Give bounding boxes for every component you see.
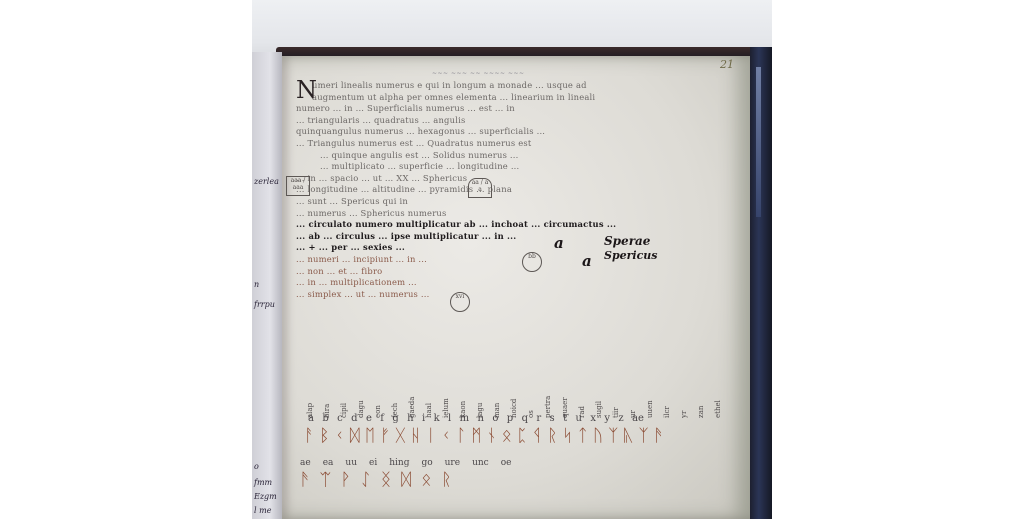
rune-glyph: ᛈ — [517, 426, 527, 446]
latin-letter: q — [522, 413, 528, 424]
text-line: ... numeri ... incipiunt ... in ... — [296, 254, 726, 266]
rune-name: ilcr — [663, 378, 671, 418]
rune-row-primary: ᚨ ᛒ ᚲ ᛞ ᛖ ᚠ ᚷ ᚺ ᛁ ᚲ ᛚ ᛗ ᚾ ᛟ ᛈ ᛩ ᚱ ᛋ ᛏ ᚢ … — [304, 426, 664, 446]
latin-letter: b — [322, 413, 328, 424]
rune-name: eon — [374, 378, 382, 418]
rune-name: zan — [697, 378, 705, 418]
text-line: ... + ... per ... sexies ... — [296, 242, 726, 254]
rune-name: pertra — [544, 378, 552, 418]
rune-name-headers: alap bira cipil dagu eon fech gaeda haal… — [306, 378, 722, 418]
digraph: uu — [345, 458, 357, 468]
binding-right — [750, 47, 772, 519]
text-line: numero ... in ... Superficialis numerus … — [296, 103, 726, 115]
latin-letter: x — [590, 413, 596, 424]
rune-glyph: ᛚ — [456, 426, 466, 446]
rune-name: fech — [391, 378, 399, 418]
rune-name: yr — [680, 378, 688, 418]
latin-letter: g — [392, 413, 398, 424]
rune-name: os — [527, 378, 535, 418]
rune-glyph: ᛒ — [319, 426, 329, 446]
rune-glyph: ᛏ — [578, 426, 588, 446]
text-line: ... triangularis ... quadratus ... angul… — [296, 115, 726, 127]
large-script: Sperae — [604, 234, 650, 248]
rune-name: quaer — [561, 378, 569, 418]
text-line: ... simplex ... ut ... numerus ... — [296, 289, 726, 301]
latin-letter: y — [604, 413, 610, 424]
rune-row-secondary: ᚫ ᛠ ᚹ ᛇ ᛝ ᛞ ᛟ ᚱ — [300, 470, 452, 490]
rune-glyph: ᚲ — [441, 426, 451, 446]
latin-letter: i — [422, 413, 425, 424]
rune-name: gaeda — [408, 378, 416, 418]
large-script: a — [582, 252, 592, 270]
rune-name: ur — [629, 378, 637, 418]
rune-name: kaon — [459, 378, 467, 418]
latin-letter: l — [448, 413, 451, 424]
large-script: a — [554, 234, 564, 252]
digraph: ea — [323, 458, 334, 468]
latin-letter: s — [550, 413, 555, 424]
digraph: ae — [300, 458, 311, 468]
latin-letter: e — [366, 413, 372, 424]
rune-name: ethel — [714, 378, 722, 418]
rune-glyph: ᚫ — [654, 426, 664, 446]
text-line: ... circulato numero multiplicatur ab ..… — [296, 219, 726, 231]
text-line: ... multiplicato ... superficie ... long… — [296, 161, 726, 173]
text-line: umeri linealis numerus e qui in longum a… — [296, 80, 726, 92]
latin-letter: d — [351, 413, 357, 424]
rune-glyph: ᚠ — [380, 426, 390, 446]
left-page-edge: zerlea n frrpu o fmm Ezgm l me — [252, 52, 282, 519]
rune-name: noicd — [510, 378, 518, 418]
number-diagram: bb — [522, 252, 542, 272]
digraph: unc — [472, 458, 489, 468]
number-diagram: xvi — [450, 292, 470, 312]
rune-glyph: ᚹ — [340, 470, 350, 490]
digraph: ure — [445, 458, 460, 468]
rune-glyph: ᚷ — [395, 426, 405, 446]
rune-glyph: ᚱ — [441, 470, 451, 490]
rune-glyph: ᚢ — [593, 426, 603, 446]
rune-name: man — [493, 378, 501, 418]
rune-name: alap — [306, 378, 314, 418]
left-fragment: Ezgm — [254, 492, 277, 501]
digraph: oe — [501, 458, 512, 468]
rune-name: cipil — [340, 378, 348, 418]
large-script: Spericus — [604, 249, 658, 262]
text-line: ... in ... spacio ... ut ... XX ... Sphe… — [296, 173, 726, 185]
rune-glyph: ᚫ — [300, 470, 310, 490]
rune-glyph: ᛉ — [608, 426, 618, 446]
left-fragment: n — [254, 280, 259, 289]
latin-letter: n — [478, 413, 484, 424]
rune-name: lagu — [476, 378, 484, 418]
text-line: ... numerus ... Sphericus numerus — [296, 208, 726, 220]
rune-glyph: ᚺ — [410, 426, 420, 446]
rune-glyph: ᛇ — [361, 470, 371, 490]
latin-letter: f — [380, 413, 384, 424]
text-line: quinquangulus numerus ... hexagonus ... … — [296, 126, 726, 138]
number-diagram: aa / a a — [468, 178, 492, 198]
text-line: ... non ... et ... fibro — [296, 266, 726, 278]
manuscript-photo: zerlea n frrpu o fmm Ezgm l me 21 ~~~ ~~… — [252, 0, 772, 519]
rune-name: ielum — [442, 378, 450, 418]
left-fragment: l me — [254, 506, 271, 515]
text-block: N umeri linealis numerus e qui in longum… — [296, 80, 726, 300]
latin-letter: a — [308, 413, 314, 424]
latin-letter: r — [536, 413, 541, 424]
text-line: ... Triangulus numerus est ... Quadratus… — [296, 138, 726, 150]
decorated-initial: N — [296, 76, 317, 104]
latin-letter: h — [407, 413, 413, 424]
rune-glyph: ᛠ — [320, 470, 330, 490]
left-fragment: o — [254, 462, 259, 471]
latin-letter: z — [618, 413, 623, 424]
latin-letter: k — [434, 413, 440, 424]
spine-highlight — [756, 67, 761, 217]
text-line: ... quinque angulis est ... Solidus nume… — [296, 150, 726, 162]
rune-glyph: ᛞ — [350, 426, 360, 446]
latin-letter: t — [563, 413, 567, 424]
rune-glyph: ᛝ — [381, 470, 391, 490]
digraph: ei — [369, 458, 377, 468]
rune-glyph: ᛉ — [638, 426, 648, 446]
latin-alphabet-row: a b c d e f g h i k l m n o p q r s t u … — [308, 413, 644, 424]
rune-name: haal — [425, 378, 433, 418]
rune-name: tiir — [612, 378, 620, 418]
latin-letter: ae — [632, 413, 644, 424]
latin-letter: c — [337, 413, 343, 424]
text-line: ... longitudine ... altitudine ... pyram… — [296, 184, 726, 196]
text-line: augmentum ut alpha per omnes elementa ..… — [296, 92, 726, 104]
rune-glyph: ᚾ — [486, 426, 496, 446]
rune-glyph: ᛁ — [426, 426, 436, 446]
latin-letter: m — [460, 413, 469, 424]
rune-name: uuen — [646, 378, 654, 418]
left-fragment: frrpu — [254, 300, 275, 309]
text-line: ... sunt ... Spericus qui in — [296, 196, 726, 208]
rune-name: bira — [323, 378, 331, 418]
running-head: ~~~ ~~~ ~~ ~~~~ ~~~ — [432, 70, 525, 77]
number-diagram: aaa / aaa — [286, 176, 310, 196]
folio-number: 21 — [720, 58, 734, 71]
rune-glyph: ᛟ — [421, 470, 431, 490]
text-line: ... ab ... circulus ... ipse multiplicat… — [296, 231, 726, 243]
rune-name: rad — [578, 378, 586, 418]
rune-glyph: ᛗ — [471, 426, 481, 446]
digraph-row: ae ea uu ei hing go ure unc oe — [300, 458, 511, 468]
rune-glyph: ᛩ — [532, 426, 542, 446]
rune-glyph: ᚲ — [334, 426, 344, 446]
rune-name: dagu — [357, 378, 365, 418]
rune-glyph: ᚱ — [547, 426, 557, 446]
left-fragment: zerlea — [254, 177, 279, 186]
folio-page: 21 ~~~ ~~~ ~~ ~~~~ ~~~ N umeri linealis … — [282, 56, 750, 519]
rune-glyph: ᛋ — [562, 426, 572, 446]
rune-name: sugil — [595, 378, 603, 418]
latin-letter: o — [492, 413, 498, 424]
latin-letter: p — [507, 413, 513, 424]
rune-glyph: ᚣ — [623, 426, 633, 446]
latin-letter: u — [576, 413, 582, 424]
left-fragment: fmm — [254, 478, 272, 487]
rune-glyph: ᛟ — [502, 426, 512, 446]
rune-glyph: ᚨ — [304, 426, 314, 446]
digraph: hing — [389, 458, 409, 468]
rune-glyph: ᛖ — [365, 426, 375, 446]
rune-glyph: ᛞ — [401, 470, 411, 490]
digraph: go — [421, 458, 432, 468]
text-line: ... in ... multiplicationem ... — [296, 277, 726, 289]
